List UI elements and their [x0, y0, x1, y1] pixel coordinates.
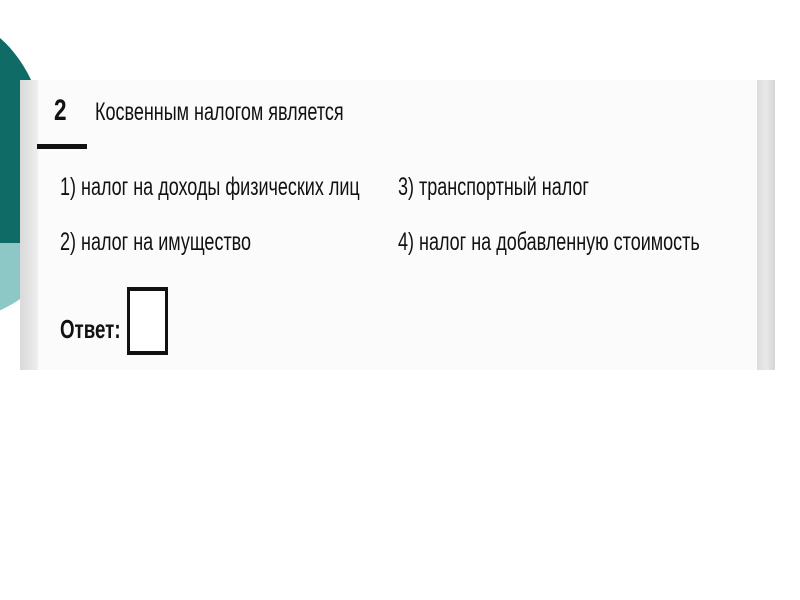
option-4: 4) налог на добавленную стоимость — [398, 228, 700, 257]
answer-box[interactable] — [127, 287, 168, 355]
scan-border-left — [20, 80, 38, 370]
answer-label: Ответ: — [60, 314, 121, 345]
scan-border-right — [757, 80, 775, 370]
question-number-underline — [37, 144, 87, 149]
question-title: Косвенным налогом является — [95, 98, 344, 127]
option-2: 2) налог на имущество — [60, 228, 251, 257]
option-1: 1) налог на доходы физических лиц — [60, 173, 360, 202]
option-3: 3) транспортный налог — [398, 173, 589, 202]
scanned-question-card: 2 Косвенным налогом является 1) налог на… — [20, 80, 775, 370]
question-number: 2 — [54, 94, 67, 128]
